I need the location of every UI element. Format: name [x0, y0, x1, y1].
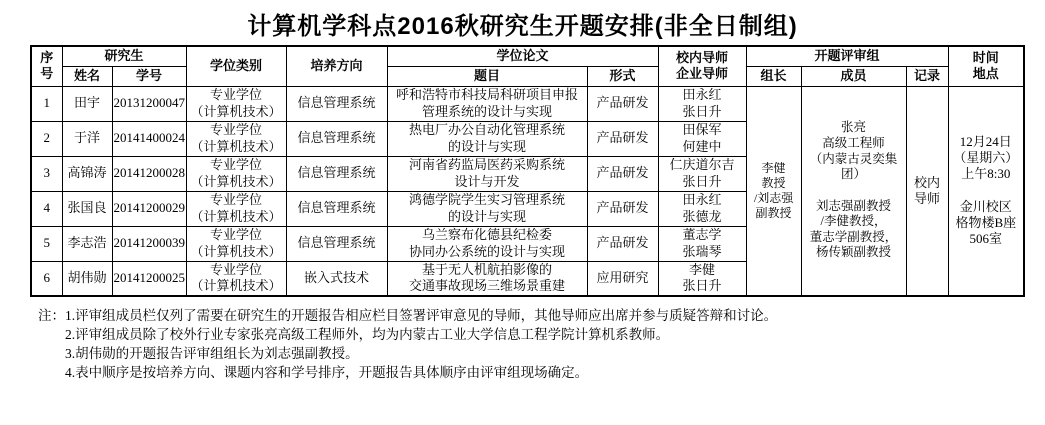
cell-name: 张国良	[62, 191, 112, 226]
cell-degree-type: 专业学位 （计算机技术）	[186, 121, 286, 156]
page-title: 计算机学科点2016秋研究生开题安排(非全日制组)	[0, 6, 1045, 41]
cell-supervisors: 董志学 张瑞琴	[658, 226, 746, 261]
cell-direction: 信息管理系统	[286, 226, 387, 261]
cell-supervisors: 田保军 何建中	[658, 121, 746, 156]
cell-form: 应用研究	[587, 261, 658, 296]
cell-name: 于洋	[62, 121, 112, 156]
cell-form: 产品研发	[587, 191, 658, 226]
cell-time-place-merged: 12月24日 （星期六） 上午8:30 金川校区 格物楼B座 506室	[948, 86, 1024, 296]
cell-form: 产品研发	[587, 156, 658, 191]
header-form: 形式	[587, 66, 658, 86]
cell-student-id: 20131200047	[112, 86, 186, 121]
cell-direction: 信息管理系统	[286, 86, 387, 121]
cell-name: 田宇	[62, 86, 112, 121]
cell-degree-type: 专业学位 （计算机技术）	[186, 191, 286, 226]
cell-topic: 乌兰察布化德县纪检委 协同办公系统的设计与实现	[387, 226, 587, 261]
cell-topic: 基于无人机航拍影像的 交通事故现场三维场景重建	[387, 261, 587, 296]
header-members: 成员	[801, 66, 906, 86]
header-degree-type: 学位类别	[186, 46, 286, 86]
document-page: 计算机学科点2016秋研究生开题安排(非全日制组) 序 号 研究生 学位类别 培…	[0, 0, 1045, 425]
cell-no: 2	[31, 121, 62, 156]
header-row-1: 序 号 研究生 学位类别 培养方向 学位论文 校内导师 企业导师 开题评审组 时…	[31, 46, 1024, 66]
table-body: 1 田宇 20131200047 专业学位 （计算机技术） 信息管理系统 呼和浩…	[31, 86, 1024, 296]
cell-student-id: 20141200029	[112, 191, 186, 226]
header-supervisor: 校内导师 企业导师	[658, 46, 746, 86]
cell-form: 产品研发	[587, 86, 658, 121]
cell-no: 4	[31, 191, 62, 226]
cell-no: 3	[31, 156, 62, 191]
cell-supervisors: 田永红 张德龙	[658, 191, 746, 226]
cell-topic: 鸿德学院学生实习管理系统 的设计与实现	[387, 191, 587, 226]
notes-section: 注： 1.评审组成员栏仅列了需要在研究生的开题报告相应栏目签署评审意见的导师，其…	[38, 306, 777, 382]
notes-list: 1.评审组成员栏仅列了需要在研究生的开题报告相应栏目签署评审意见的导师，其他导师…	[65, 306, 777, 382]
header-recorder: 记录	[906, 66, 948, 86]
cell-members-merged: 张亮 高级工程师 （内蒙古灵奕集 团） 刘志强副教授 /李健教授， 董志学副教授…	[801, 86, 906, 296]
cell-student-id: 20141200025	[112, 261, 186, 296]
notes-prefix: 注：	[38, 306, 65, 325]
cell-student-id: 20141400024	[112, 121, 186, 156]
cell-name: 高锦涛	[62, 156, 112, 191]
cell-student-id: 20141200028	[112, 156, 186, 191]
cell-name: 李志浩	[62, 226, 112, 261]
header-direction: 培养方向	[286, 46, 387, 86]
cell-recorder-merged: 校内 导师	[906, 86, 948, 296]
header-topic: 题目	[387, 66, 587, 86]
header-time-place: 时间 地点	[948, 46, 1024, 86]
cell-no: 5	[31, 226, 62, 261]
cell-form: 产品研发	[587, 226, 658, 261]
note-item: 1.评审组成员栏仅列了需要在研究生的开题报告相应栏目签署评审意见的导师，其他导师…	[65, 306, 777, 325]
table-row: 1 田宇 20131200047 专业学位 （计算机技术） 信息管理系统 呼和浩…	[31, 86, 1024, 121]
cell-direction: 信息管理系统	[286, 156, 387, 191]
note-item: 2.评审组成员除了校外行业专家张亮高级工程师外，均为内蒙古工业大学信息工程学院计…	[65, 325, 777, 344]
note-item: 3.胡伟勋的开题报告评审组组长为刘志强副教授。	[65, 344, 777, 363]
cell-form: 产品研发	[587, 121, 658, 156]
header-row-2: 姓名 学号 题目 形式 组长 成员 记录	[31, 66, 1024, 86]
cell-student-id: 20141200039	[112, 226, 186, 261]
header-review-group: 开题评审组	[746, 46, 948, 66]
cell-topic: 呼和浩特市科技局科研项目申报 管理系统的设计与实现	[387, 86, 587, 121]
schedule-table: 序 号 研究生 学位类别 培养方向 学位论文 校内导师 企业导师 开题评审组 时…	[30, 45, 1025, 297]
header-no: 序 号	[31, 46, 62, 86]
cell-degree-type: 专业学位 （计算机技术）	[186, 86, 286, 121]
cell-supervisors: 仁庆道尔吉 张日升	[658, 156, 746, 191]
cell-topic: 热电厂办公自动化管理系统 的设计与实现	[387, 121, 587, 156]
cell-name: 胡伟勋	[62, 261, 112, 296]
table-header: 序 号 研究生 学位类别 培养方向 学位论文 校内导师 企业导师 开题评审组 时…	[31, 46, 1024, 86]
note-item: 4.表中顺序是按培养方向、课题内容和学号排序，开题报告具体顺序由评审组现场确定。	[65, 363, 777, 382]
cell-supervisors: 田永红 张日升	[658, 86, 746, 121]
header-student-id: 学号	[112, 66, 186, 86]
cell-direction: 信息管理系统	[286, 191, 387, 226]
cell-direction: 信息管理系统	[286, 121, 387, 156]
header-name: 姓名	[62, 66, 112, 86]
header-leader: 组长	[746, 66, 801, 86]
cell-no: 6	[31, 261, 62, 296]
cell-no: 1	[31, 86, 62, 121]
cell-supervisors: 李健 张日升	[658, 261, 746, 296]
cell-topic: 河南省药监局医药采购系统 设计与开发	[387, 156, 587, 191]
cell-leader-merged: 李健 教授 /刘志强 副教授	[746, 86, 801, 296]
header-student-group: 研究生	[62, 46, 186, 66]
cell-degree-type: 专业学位 （计算机技术）	[186, 226, 286, 261]
cell-direction: 嵌入式技术	[286, 261, 387, 296]
cell-degree-type: 专业学位 （计算机技术）	[186, 156, 286, 191]
header-thesis-group: 学位论文	[387, 46, 658, 66]
cell-degree-type: 专业学位 （计算机技术）	[186, 261, 286, 296]
